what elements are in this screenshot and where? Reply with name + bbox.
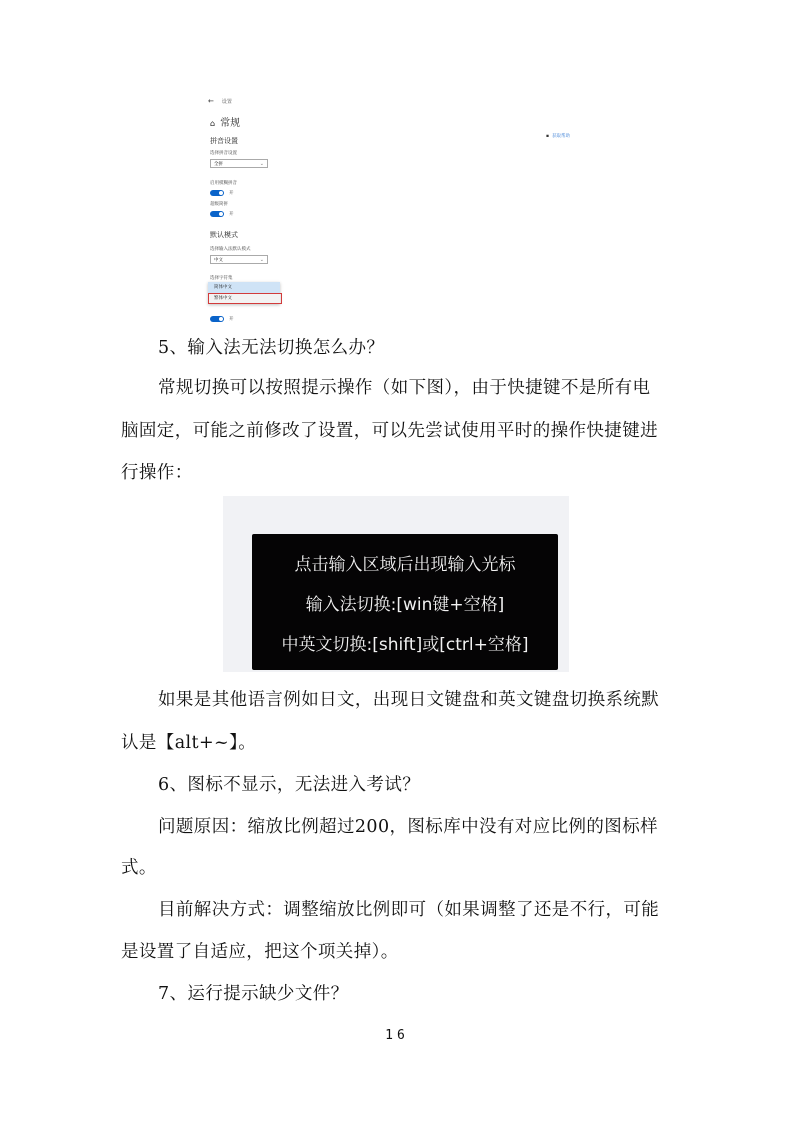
page-number: 16	[0, 1028, 794, 1043]
shortcut-hint-image: 点击输入区域后出现输入光标 输入法切换:[win键+空格] 中英文切换:[shi…	[223, 496, 569, 672]
paragraph-4-line-1: 目前解决方式：调整缩放比例即可（如果调整了还是不行，可能	[158, 899, 659, 921]
toggle1-label: 启用模糊拼音	[210, 180, 237, 186]
pinyin-label: 选择拼音设置	[210, 150, 237, 156]
paragraph-1-line-1: 常规切换可以按照提示操作（如下图），由于快捷键不是所有电	[158, 377, 650, 399]
paragraph-3-line-1: 问题原因：缩放比例超过200，图标库中没有对应比例的图标样	[158, 816, 658, 838]
paragraph-1-line-2: 脑固定，可能之前修改了设置，可以先尝试使用平时的操作快捷键进	[121, 420, 658, 442]
help-link[interactable]: ▪获取帮助	[546, 133, 570, 139]
settings-title: ⌂常规	[210, 114, 240, 129]
super-jianpin-toggle[interactable]	[210, 211, 224, 217]
hint-line-2: 输入法切换:[win键+空格]	[252, 590, 558, 615]
charset-label: 选择字符集	[210, 275, 233, 281]
mode-label: 选择输入法默认模式	[210, 246, 251, 252]
paragraph-2-line-2: 认是【alt+~】。	[121, 732, 256, 754]
paragraph-4-line-2: 是设置了自适应，把这个项关掉）。	[121, 941, 399, 963]
chevron-down-icon: ⌄	[260, 256, 264, 265]
shortcut-hint-box: 点击输入区域后出现输入光标 输入法切换:[win键+空格] 中英文切换:[shi…	[252, 534, 558, 670]
dropdown-option-traditional[interactable]: 繁体中文	[208, 293, 282, 304]
section-default-mode: 默认模式	[210, 230, 238, 240]
paragraph-3-line-2: 式。	[121, 857, 157, 879]
pinyin-select[interactable]: 全拼⌄	[210, 159, 268, 168]
back-nav[interactable]: ←设置	[208, 97, 232, 105]
toggle2-state: 开	[229, 211, 234, 217]
chevron-down-icon: ⌄	[260, 160, 264, 169]
paragraph-1-line-3: 行操作：	[121, 462, 193, 484]
toggle2-label: 超级简拼	[210, 201, 228, 207]
fuzzy-pinyin-toggle[interactable]	[210, 190, 224, 196]
toggle1-state: 开	[229, 190, 234, 196]
section-pinyin: 拼音设置	[210, 136, 238, 146]
mode-select[interactable]: 中文⌄	[210, 255, 268, 264]
home-icon: ⌂	[210, 119, 215, 128]
toggle3-state: 开	[229, 316, 234, 322]
dropdown-option-simplified[interactable]: 简体中文	[208, 282, 280, 293]
charset-dropdown[interactable]: 简体中文 繁体中文	[208, 282, 280, 304]
question-7: 7、运行提示缺少文件？	[158, 983, 349, 1005]
help-icon: ▪	[546, 134, 549, 139]
settings-screenshot: ←设置 ⌂常规 ▪获取帮助 拼音设置 选择拼音设置 全拼⌄ 启用模糊拼音 开 超…	[198, 92, 598, 330]
charset-toggle[interactable]	[210, 316, 224, 322]
question-5: 5、输入法无法切换怎么办？	[158, 337, 384, 359]
back-arrow-icon: ←	[208, 97, 214, 105]
question-6: 6、图标不显示，无法进入考试？	[158, 774, 420, 796]
hint-line-3: 中英文切换:[shift]或[ctrl+空格]	[252, 630, 558, 655]
hint-line-1: 点击输入区域后出现输入光标	[252, 550, 558, 575]
paragraph-2-line-1: 如果是其他语言例如日文，出现日文键盘和英文键盘切换系统默	[158, 689, 659, 711]
